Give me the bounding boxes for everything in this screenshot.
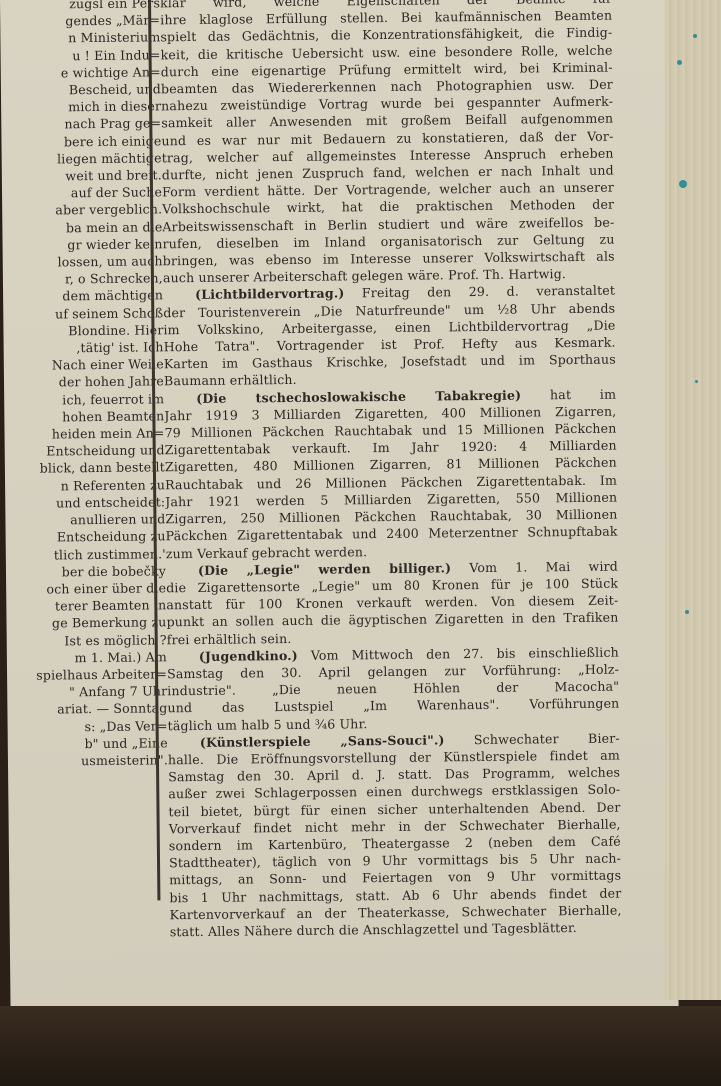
left-column-line: Nach einer Weile bbox=[2, 356, 164, 375]
article-line-text: Freitag den 29. d. veranstaltet bbox=[362, 283, 615, 301]
left-column-line: m 1. Mai.) Am bbox=[5, 648, 167, 667]
ink-spot bbox=[679, 180, 687, 188]
news-item: (Jugendkino.) Vom Mittwoch den 27. bis e… bbox=[167, 643, 620, 734]
left-column-line: ariat. — Sonntag bbox=[5, 700, 167, 719]
left-column-line: e wichtige An= bbox=[0, 63, 161, 82]
right-column: klar wird, welche Eigenschaften der Beam… bbox=[160, 0, 622, 940]
article-line-text: Vom 1. Mai wird bbox=[469, 558, 618, 575]
left-column-line: blick, dann bestellt bbox=[3, 459, 165, 478]
left-column-line: auf der Suche bbox=[0, 184, 162, 203]
article-line: statt. Alles Nähere durch die Anschlagze… bbox=[170, 919, 622, 941]
news-item-heading: (Jugendkino.) bbox=[199, 648, 298, 664]
ink-spot bbox=[685, 610, 689, 614]
left-column-line: ba mein an die bbox=[0, 218, 162, 237]
article-line-text: Schwechater Bier- bbox=[474, 730, 620, 747]
left-column-line: Ist es möglich ? bbox=[5, 631, 167, 650]
left-column-line: gr wieder kein bbox=[0, 235, 162, 254]
left-column-line: s: „Das Ver= bbox=[6, 717, 168, 736]
left-column-line: r, o Schrecken, bbox=[1, 270, 163, 289]
left-column-line: n Ministerium bbox=[0, 29, 160, 48]
ink-spot bbox=[693, 34, 697, 38]
book-page-edges bbox=[665, 0, 721, 1000]
left-column-line: hohen Beamten bbox=[2, 407, 164, 426]
left-column-line: ber die bobečky bbox=[4, 562, 166, 581]
left-column-line: dem mächtigen bbox=[1, 287, 163, 306]
left-column-line: tlich zustimmen.' bbox=[4, 545, 166, 564]
news-item-heading: (Künstlerspiele „Sans-Souci".) bbox=[200, 732, 445, 750]
left-column-line: der hohen Jahre bbox=[2, 373, 164, 392]
left-column-line: mich in dieser bbox=[0, 98, 161, 117]
left-column-line: lossen, um auch bbox=[1, 252, 163, 271]
left-column-line: und entscheidet: bbox=[3, 493, 165, 512]
left-column-line: u ! Ein Indu= bbox=[0, 46, 161, 65]
left-column: zugsl ein Persgendes „Mär=n Ministeriumu… bbox=[0, 0, 168, 770]
left-column-line: nach Prag ge= bbox=[0, 115, 161, 134]
news-item-heading: (Die „Legie" werden billiger.) bbox=[198, 560, 451, 578]
article-line-text: Vom Mittwoch den 27. bis einschließlich bbox=[311, 644, 619, 662]
news-item: (Lichtbildervortrag.) Freitag den 29. d.… bbox=[163, 282, 616, 390]
left-column-line: gendes „Mär= bbox=[0, 12, 160, 31]
left-column-line: b" und „Eine bbox=[6, 734, 168, 753]
left-column-line: heiden mein An= bbox=[2, 424, 164, 443]
news-item: klar wird, welche Eigenschaften der Beam… bbox=[160, 0, 615, 287]
news-item: (Die „Legie" werden billiger.) Vom 1. Ma… bbox=[166, 557, 619, 648]
news-item: (Die tschechoslowakische Tabakregie) hat… bbox=[164, 385, 618, 562]
left-column-line: aber vergeblich. bbox=[0, 201, 162, 220]
left-column-line: och einer über die bbox=[4, 579, 166, 598]
left-column-line: Blondine. Hier bbox=[1, 321, 163, 340]
left-column-line: anullieren und bbox=[3, 510, 165, 529]
left-column-line: Bescheid, und bbox=[0, 80, 161, 99]
left-column-line: spielhaus Arbeiter= bbox=[5, 665, 167, 684]
article-line-text: hat im bbox=[550, 386, 616, 402]
left-column-line: n Referenten zu bbox=[3, 476, 165, 495]
left-column-line: Entscheidung zu bbox=[4, 528, 166, 547]
left-column-line: liegen mächtige bbox=[0, 149, 162, 168]
newspaper-page: zugsl ein Persgendes „Mär=n Ministeriumu… bbox=[0, 0, 679, 1020]
left-column-line: weit und breit. bbox=[0, 166, 162, 185]
left-column-line: usmeisterin". bbox=[6, 751, 168, 770]
left-column-line: ,tätig' ist. Ich bbox=[2, 338, 164, 357]
left-column-line: terer Beamten in bbox=[4, 596, 166, 615]
news-item-heading: (Lichtbildervortrag.) bbox=[195, 286, 344, 303]
news-item-heading: (Die tschechoslowakische Tabakregie) bbox=[196, 387, 521, 405]
left-column-line: " Anfang 7 Uhr bbox=[5, 682, 167, 701]
left-column-line: ge Bemerkung zu bbox=[4, 614, 166, 633]
ink-spot bbox=[695, 380, 698, 383]
left-column-line: uf seinem Schoß bbox=[1, 304, 163, 323]
news-item: (Künstlerspiele „Sans-Souci".) Schwechat… bbox=[168, 729, 622, 940]
left-column-line: Entscheidung und bbox=[3, 442, 165, 461]
left-column-line: bere ich einige bbox=[0, 132, 162, 151]
book-binding-shadow bbox=[0, 1006, 721, 1086]
ink-spot bbox=[677, 60, 682, 65]
left-column-line: ich, feuerrot im bbox=[2, 390, 164, 409]
